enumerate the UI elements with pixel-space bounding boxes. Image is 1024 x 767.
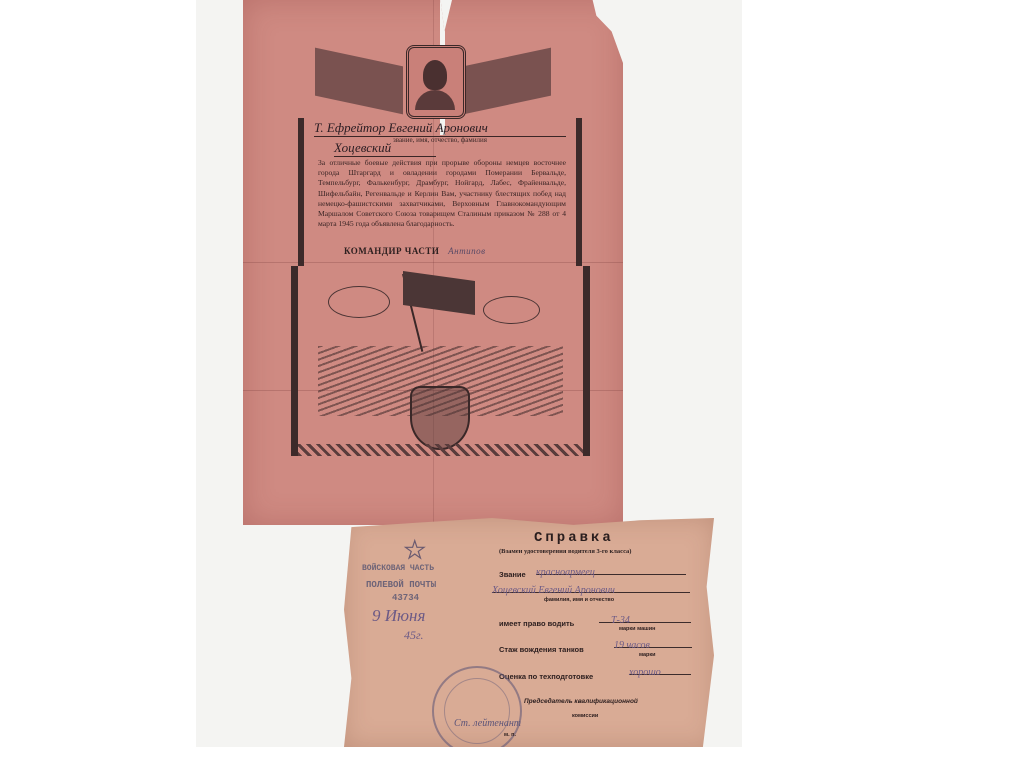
battle-illustration — [291, 266, 590, 456]
field-vehicle-value: Т-34 — [611, 615, 630, 626]
field-fullname: Хоцевский Евгений Аронович — [492, 580, 690, 593]
field-tech-grade-value: хорошо — [629, 667, 661, 678]
ornament-border — [298, 444, 583, 456]
field-rank-value: красноармеец — [536, 567, 595, 578]
field-rank: красноармеец — [536, 562, 686, 575]
recipient-name: Т. Ефрейтор Евгений Аронович — [314, 120, 566, 137]
field-label-vehicle: имеет право водить — [499, 619, 574, 628]
spravka-subtitle: (Взамен удостоверения водителя 3-го клас… — [499, 548, 631, 555]
shield-emblem-icon — [410, 386, 470, 450]
field-label-tech-grade: Оценка по техподготовке — [499, 672, 593, 681]
stamp-number: 43734 — [392, 593, 419, 603]
chairman-signature: Ст. лейтенант — [454, 718, 521, 729]
banner-flag-icon — [463, 48, 551, 115]
field-driving-experience: 19 часов — [614, 635, 692, 648]
round-seal-stamp — [432, 666, 522, 756]
certificate-text-frame: Т. Ефрейтор Евгений Аронович звание, имя… — [298, 118, 582, 266]
field-vehicle: Т-34 — [599, 610, 691, 623]
field-fullname-value: Хоцевский Евгений Аронович — [492, 585, 615, 596]
battle-flag-icon — [403, 271, 475, 315]
field-label-rank: Звание — [499, 570, 526, 579]
caption-fio: фамилия, имя и отчество — [544, 597, 614, 603]
commander-signature: Антипов — [448, 246, 485, 256]
field-label-driving-experience: Стаж вождения танков — [499, 645, 584, 654]
caption-vehicle: марки машин — [619, 626, 655, 632]
caption-marks: марки — [639, 652, 656, 658]
header-emblem — [303, 45, 563, 120]
gratitude-certificate: Т. Ефрейтор Евгений Аронович звание, имя… — [243, 0, 623, 525]
issue-date: 9 Июня — [372, 606, 425, 626]
portrait-image — [406, 45, 466, 119]
field-tech-grade: хорошо — [629, 662, 691, 675]
chairman-label: Председатель квалификационной — [524, 698, 638, 705]
star-icon: ★ — [404, 536, 426, 565]
spravka-document: ★ Справка (Взамен удостоверения водителя… — [344, 518, 714, 747]
certificate-body-text: За отличные боевые действия при прорыве … — [318, 158, 566, 229]
commander-label: КОМАНДИР ЧАСТИ — [344, 246, 439, 256]
seal-mark: м. п. — [504, 732, 516, 738]
stamp-field-post: ПОЛЕВОЙ ПОЧТЫ — [366, 580, 436, 590]
spravka-title: Справка — [534, 530, 614, 546]
recipient-surname: Хоцевский — [334, 140, 436, 157]
commander-line: КОМАНДИР ЧАСТИ Антипов — [344, 246, 570, 256]
issue-year: 45г. — [404, 628, 424, 643]
commission-label: комиссии — [572, 713, 598, 719]
field-driving-experience-value: 19 часов — [614, 640, 650, 651]
stamp-unit: ВОЙСКОВАЯ ЧАСТЬ — [362, 564, 434, 573]
cloud-drawing — [328, 286, 390, 318]
cloud-drawing — [483, 296, 540, 324]
banner-flag-icon — [315, 48, 403, 115]
